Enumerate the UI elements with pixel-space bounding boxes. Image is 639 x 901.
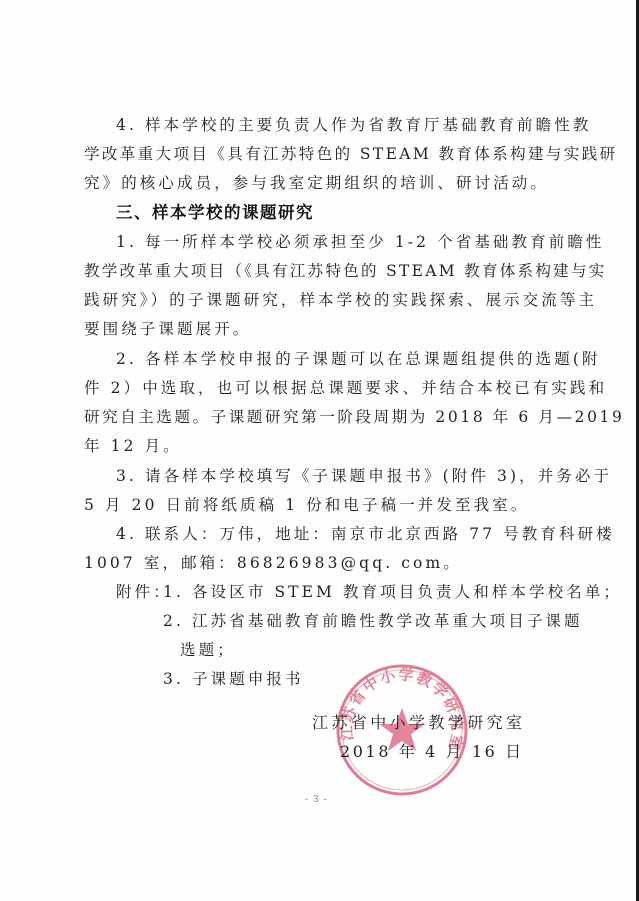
contact-email-line: 1007 室，邮箱：86826983@qq. com。 xyxy=(84,553,462,573)
page-number: - 3 - xyxy=(305,795,328,805)
svg-text:江苏省中小学教学研究室: 江苏省中小学教学研究室 xyxy=(338,665,467,753)
attachment-item-1: 1. 各设区市 STEM 教育项目负责人和样本学校名单； xyxy=(163,582,622,602)
signature-organization: 江苏省中小学教学研究室 xyxy=(312,713,525,733)
item-2-line: 研究自主选题。子课题研究第一阶段周期为 2018 年 6 月—2019 xyxy=(84,407,624,427)
contact-line: 4. 联系人：万伟，地址：南京市北京西路 77 号教育科研楼 xyxy=(116,524,615,544)
attachment-item-3: 3. 子课题申报书 xyxy=(163,669,304,689)
attachment-item-2: 2. 江苏省基础教育前瞻性教学改革重大项目子课题 xyxy=(163,611,583,631)
paragraph-line: 究》的核心成员，参与我室定期组织的培训、研讨活动。 xyxy=(84,173,549,193)
item-2-line: 2. 各样本学校申报的子课题可以在总课题组提供的选题(附 xyxy=(116,349,601,369)
item-3-line: 5 月 20 日前将纸质稿 1 份和电子稿一并发至我室。 xyxy=(84,495,529,515)
signature-date: 2018 年 4 月 16 日 xyxy=(340,742,524,762)
paragraph-line: 4. 样本学校的主要负责人作为省教育厅基础教育前瞻性教 xyxy=(116,115,591,135)
item-1-line: 要围绕子课题展开。 xyxy=(84,319,251,339)
attachment-item-2-cont: 选题； xyxy=(180,640,236,660)
item-2-line: 年 12 月。 xyxy=(84,436,182,456)
item-1-line: 践研究》）的子课题研究，样本学校的实践探索、展示交流等主 xyxy=(84,290,597,310)
item-3-line: 3. 请各样本学校填写《子课题申报书》(附件 3)，并务必于 xyxy=(116,466,612,486)
item-2-line: 件 2）中选取，也可以根据总课题要求、并结合本校已有实践和 xyxy=(84,378,607,398)
section-heading: 三、样本学校的课题研究 xyxy=(116,203,314,223)
item-1-line: 教学改革重大项目（《具有江苏特色的 STEAM 教育体系构建与实 xyxy=(84,261,607,281)
document-page: 4. 样本学校的主要负责人作为省教育厅基础教育前瞻性教 学改革重大项目《具有江苏… xyxy=(0,0,639,901)
paragraph-line: 学改革重大项目《具有江苏特色的 STEAM 教育体系构建与实践研 xyxy=(84,144,618,164)
item-1-line: 1. 每一所样本学校必须承担至少 1-2 个省基础教育前瞻性 xyxy=(116,232,605,252)
